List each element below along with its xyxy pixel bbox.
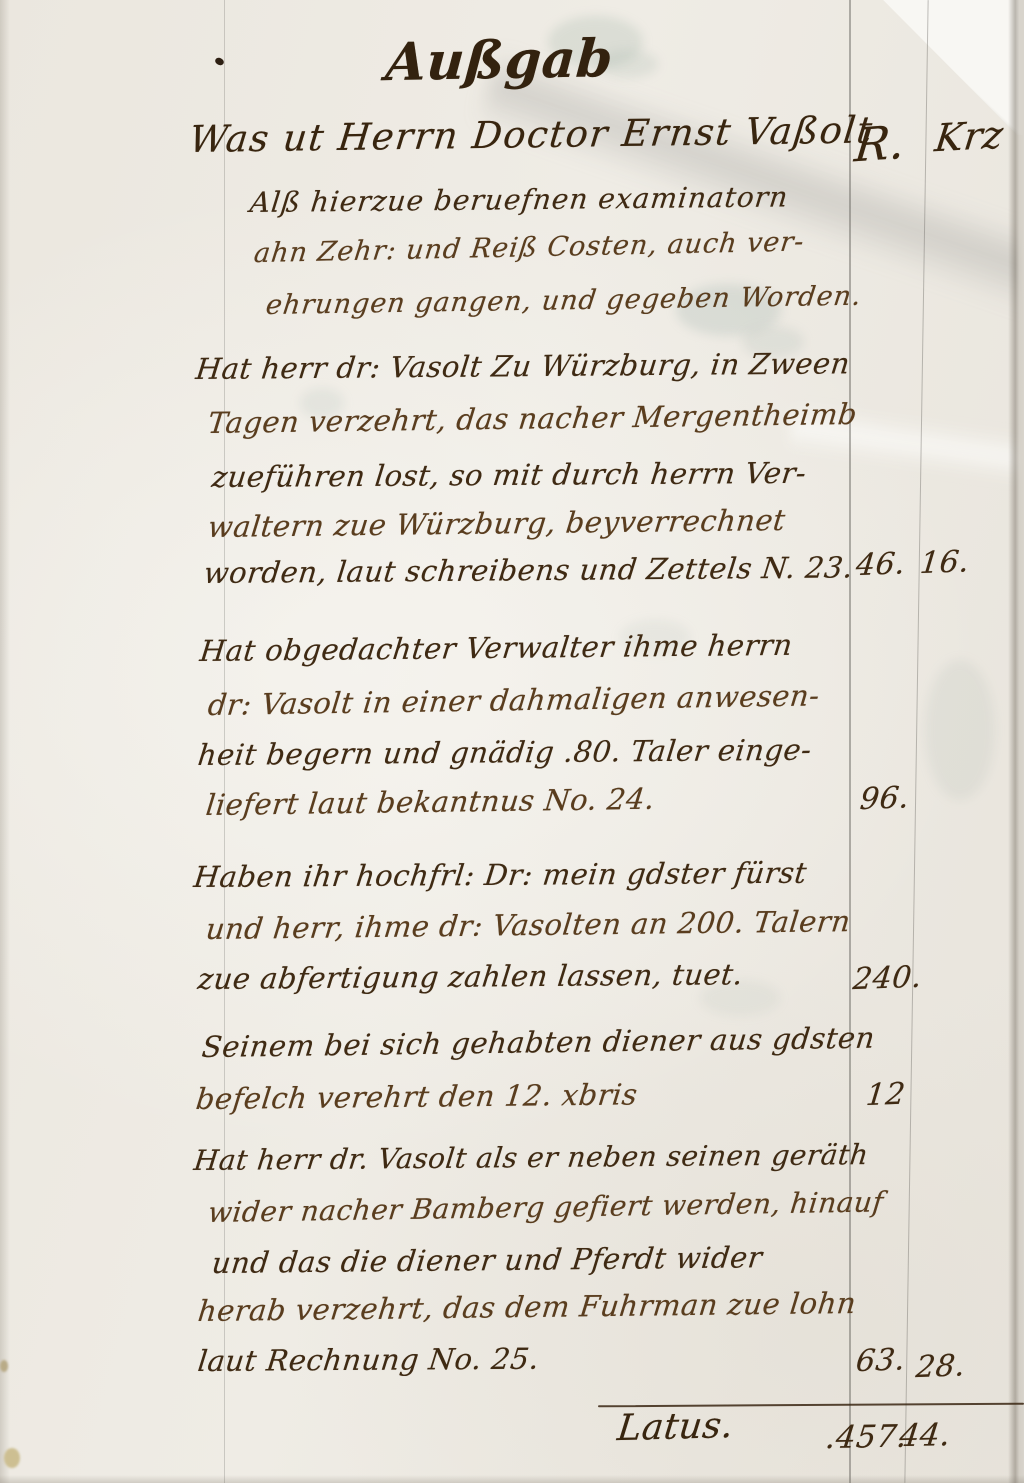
entry-line: und herr, ihme dr: Vasolten an 200. Tale… bbox=[204, 904, 852, 946]
amount-reichstaler: 240. bbox=[851, 960, 923, 998]
amount-reichstaler: 12 bbox=[864, 1077, 907, 1114]
total-label: Latus. bbox=[615, 1405, 736, 1449]
entry-line: herab verzehrt, das dem Fuhrman zue lohn bbox=[196, 1286, 858, 1328]
money-column-rule-1 bbox=[849, 0, 851, 1483]
bottom-page-edge bbox=[0, 1475, 1024, 1483]
heading-line: ehrungen gangen, und gegeben Worden. bbox=[264, 281, 863, 321]
heading-line: ahn Zehr: und Reiß Costen, auch ver- bbox=[252, 226, 806, 269]
entry-line: zueführen lost, so mit durch herrn Ver- bbox=[210, 456, 808, 494]
amount-kreuzer: 28. bbox=[914, 1348, 967, 1385]
total-kreuzer: 44. bbox=[898, 1417, 953, 1454]
heading-line: Was ut Herrn Doctor Ernst Vaßolt bbox=[187, 108, 875, 161]
entry-line: Haben ihr hochfrl: Dr: mein gdster fürst bbox=[192, 856, 809, 894]
bleed-through bbox=[925, 660, 995, 800]
right-page-edge bbox=[1008, 0, 1024, 1483]
entry-line: liefert laut bekantnus No. 24. bbox=[204, 782, 656, 822]
page-title: Außgab bbox=[384, 28, 615, 93]
entry-line: Hat herr dr. Vasolt als er neben seinen … bbox=[192, 1138, 870, 1177]
entry-line: Seinem bei sich gehabten diener aus gdst… bbox=[200, 1021, 876, 1064]
manuscript-page: Außgab Was ut Herrn Doctor Ernst Vaßolt … bbox=[0, 0, 1024, 1483]
total-reichstaler: .457. bbox=[824, 1419, 910, 1457]
paper-blemish bbox=[4, 1448, 20, 1468]
entry-line: und das die diener und Pferdt wider bbox=[210, 1240, 764, 1280]
entry-line: Hat herr dr: Vasolt Zu Würzburg, in Zwee… bbox=[194, 346, 852, 386]
amount-kreuzer: 16. bbox=[918, 544, 971, 581]
entry-line: Tagen verzehrt, das nacher Mergentheimb bbox=[206, 397, 859, 440]
entry-line: zue abfertigung zahlen lassen, tuet. bbox=[196, 957, 745, 996]
column-header-kreuzer: Krz bbox=[933, 112, 1006, 160]
entry-line: laut Rechnung No. 25. bbox=[196, 1342, 541, 1378]
left-page-edge bbox=[0, 0, 10, 1483]
amount-reichstaler: 96. bbox=[858, 780, 911, 817]
heading-line: Alß hierzue beruefnen examinatorn bbox=[248, 180, 790, 219]
amount-reichstaler: 46. bbox=[854, 546, 907, 583]
entry-line: dr: Vasolt in einer dahmaligen anwesen- bbox=[206, 678, 821, 722]
entry-line: waltern zue Würzburg, beyverrechnet bbox=[206, 503, 787, 544]
entry-line: worden, laut schreibens und Zettels N. 2… bbox=[202, 550, 855, 590]
column-header-reichstaler: R. bbox=[852, 114, 908, 172]
paper-blemish bbox=[0, 1360, 8, 1372]
amount-reichstaler: 63. bbox=[854, 1342, 907, 1379]
entry-line: befelch verehrt den 12. xbris bbox=[194, 1077, 639, 1116]
entry-line: heit begern und gnädig .80. Taler einge- bbox=[196, 733, 813, 772]
money-column-rule-2 bbox=[904, 0, 928, 1483]
entry-line: wider nacher Bamberg gefiert werden, hin… bbox=[206, 1185, 885, 1229]
entry-line: Hat obgedachter Verwalter ihme herrn bbox=[198, 628, 794, 668]
